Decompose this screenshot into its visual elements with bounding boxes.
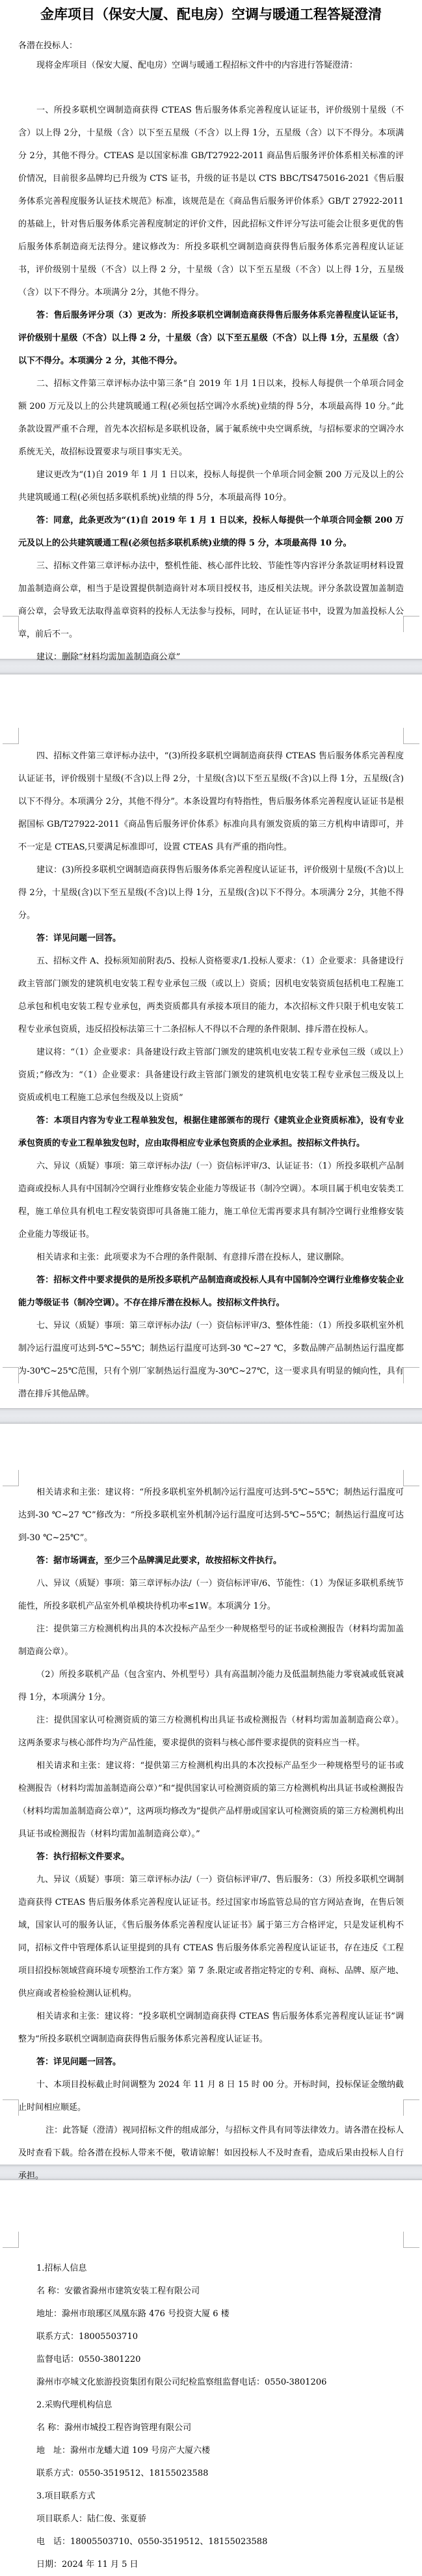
page-corner-mark	[3, 728, 19, 744]
tenderer-supervision-phone: 监督电话：0550-3801220	[18, 2348, 404, 2371]
legal-note: 注：此答疑（澄清）视同招标文件的组成部分，与招标文件具有同等法律效力。请各潜在投…	[18, 2119, 404, 2187]
document-title: 金库项目（保安大厦、配电房）空调与暖通工程答疑澄清	[18, 0, 404, 23]
question-1: 一、所投多联机空调制造商获得 CTEAS 售后服务体系完善程度认证证书，评价级别…	[18, 99, 404, 304]
question-8-2: （2）所投多联机产品（包含室内、外机型号）具有高温制冷能力及低温制热能力零衰减或…	[18, 1663, 404, 1709]
page-corner-mark	[403, 1470, 419, 1486]
question-3: 三、招标文件第三章评标办法中，整机性能、核心部件比较、节能性等内容评分条款证明材…	[18, 555, 404, 646]
question-2: 二、招标文件第三章评标办法中第三条“自 2019 年 1月 1日以来，投标人每提…	[18, 372, 404, 464]
suggestion-7: 相关请求和主张：建议将：“所投多联机室外机制冷运行温度可达到-5℃~55℃；制热…	[18, 1481, 404, 1549]
page-corner-mark	[3, 1470, 19, 1486]
document-page-4: 1.招标人信息 名 称：安徽省滁州市建筑安装工程有限公司 地址：滁州市琅琊区凤凰…	[0, 2180, 422, 2547]
document-page-2: 四、招标文件第三章评标办法中，“(3)所投多联机空调制造商获得 CTEAS 售后…	[0, 674, 422, 1408]
suggestion-4: 建议：(3)所投多联机空调制造商获得售后服务体系完善程度认证证书，评价级别十星级…	[18, 859, 404, 927]
question-8: 八、异议（质疑）事项：第三章评标办法/（一）资信标评审/6、节能性：（1）为保证…	[18, 1572, 404, 1618]
agency-address: 地 址：滁州市龙蟠大道 109 号房产大厦六楼	[18, 2439, 404, 2462]
answer-8: 答：执行招标文件要求。	[18, 1846, 404, 1868]
page-separator	[0, 1408, 422, 1424]
project-phone: 电 话：18005503710、0550-3519512、18155023588	[18, 2530, 404, 2553]
project-contact-info: 3.项目联系方式 项目联系人：陆仁俊、张夏骄 电 话：18005503710、0…	[18, 2485, 404, 2576]
question-9: 九、异议（质疑）事项：第三章评标办法/（一）资信标评审/7、售后服务：（3）所投…	[18, 1868, 404, 2005]
suggestion-5: 建议将：“（1）企业要求：具备建设行政主管部门颁发的建筑机电安装工程专业承包三级…	[18, 1041, 404, 1109]
tenderer-contact: 联系方式：18005503710	[18, 2325, 404, 2348]
page-corner-mark	[3, 1367, 19, 1383]
answer-9: 答：详见问题一回答。	[18, 2051, 404, 2073]
page-corner-mark	[3, 2232, 19, 2248]
intro-paragraph: 现将金库项目（保安大厦、配电房）空调与暖通工程招标文件中的内容进行答疑澄清：	[18, 56, 404, 76]
page-corner-mark	[3, 2099, 19, 2116]
answer-6: 答：招标文件中要求提供的是所投多联机产品制造商或投标人具有中国制冷空调行业维修安…	[18, 1269, 404, 1314]
agency-heading: 2.采购代理机构信息	[18, 2394, 404, 2417]
answer-4: 答：详见问题一回答。	[18, 927, 404, 950]
page-corner-mark	[403, 2099, 419, 2116]
tenderer-info: 1.招标人信息 名 称：安徽省滁州市建筑安装工程有限公司 地址：滁州市琅琊区凤凰…	[18, 2257, 404, 2394]
salutation: 各潜在投标人：	[18, 36, 404, 56]
question-6: 六、异议（质疑）事项：第三章评标办法/（一）资信标评审/3、认证证书：（1）所投…	[18, 1155, 404, 1246]
suggestion-6: 相关请求和主张：此项要求为不合理的条件限制、有意排斥潜在投标人，建议删除。	[18, 1246, 404, 1269]
question-4: 四、招标文件第三章评标办法中，“(3)所投多联机空调制造商获得 CTEAS 售后…	[18, 745, 404, 859]
suggestion-3: 建议：删除“材料均需加盖制造商公章”	[18, 646, 404, 669]
question-7: 七、异议（质疑）事项：第三章评标办法/（一）资信标评审/3、整体性能：（1）所投…	[18, 1314, 404, 1406]
page-corner-mark	[403, 2232, 419, 2248]
note-8-1: 注：提供第三方检测机构出具的本次投标产品至少一种规格型号的证书或检测报告（材料均…	[18, 1618, 404, 1663]
note-8-2: 注：提供国家认可检测资质的第三方检测机构出具证书或检测报告（材料均需加盖制造商公…	[18, 1709, 404, 1754]
answer-5: 答：本项目内容为专业工程单独发包，根据住建部颁布的现行《建筑业企业资质标准》，设…	[18, 1109, 404, 1155]
answer-2: 答：同意，此条更改为“(1)自 2019 年 1 月 1 日以来，投标人每提供一…	[18, 509, 404, 555]
page-corner-mark	[403, 1367, 419, 1383]
document-page-3: 相关请求和主张：建议将：“所投多联机室外机制冷运行温度可达到-5℃~55℃；制热…	[0, 1424, 422, 2165]
project-heading: 3.项目联系方式	[18, 2485, 404, 2508]
page-corner-mark	[403, 728, 419, 744]
agency-name: 名 称：滁州市城投工程咨询管理有限公司	[18, 2417, 404, 2439]
discipline-supervision-phone: 滁州市亭城文化旅游投资集团有限公司纪检监察组监督电话：0550-3801206	[18, 2371, 404, 2394]
suggestion-8: 相关请求和主张：建议将：“提供第三方检测机构出具的本次投标产品至少一种规格型号的…	[18, 1754, 404, 1846]
answer-1: 答：售后服务评分项（3）更改为：所投多联机空调制造商获得售后服务体系完善程度认证…	[18, 304, 404, 372]
document-page-1: 金库项目（保安大厦、配电房）空调与暖通工程答疑澄清 各潜在投标人： 现将金库项目…	[0, 0, 422, 659]
answer-7: 答：据市场调查，至少三个品牌满足此要求，故按招标文件执行。	[18, 1549, 404, 1572]
page-corner-mark	[3, 616, 19, 632]
document-date: 日期：2024 年 11 月 5 日	[18, 2553, 404, 2576]
page-corner-mark	[403, 616, 419, 632]
suggestion-9: 相关请求和主张：建议将：“投多联机空调制造商获得 CTEAS 售后服务体系完善程…	[18, 2005, 404, 2051]
tenderer-address: 地址：滁州市琅琊区凤凰东路 476 号投资大厦 6 楼	[18, 2303, 404, 2325]
item-10-deadline: 十、本项目投标截止时间调整为 2024 年 11 月 8 日 15 时 00 分…	[18, 2073, 404, 2119]
suggestion-2: 建议更改为“(1)自 2019 年 1 月 1 日以来，投标人每提供一个单项合同…	[18, 464, 404, 509]
agency-info: 2.采购代理机构信息 名 称：滁州市城投工程咨询管理有限公司 地 址：滁州市龙蟠…	[18, 2394, 404, 2485]
agency-contact: 联系方式：0550-3519512、18155023588	[18, 2462, 404, 2485]
question-5: 五、招标文件 A、投标须知前附表/5、投标人资格要求/1.投标人要求：（1）企业…	[18, 950, 404, 1041]
tenderer-name: 名 称：安徽省滁州市建筑安装工程有限公司	[18, 2280, 404, 2303]
project-contacts: 项目联系人：陆仁俊、张夏骄	[18, 2508, 404, 2530]
tenderer-heading: 1.招标人信息	[18, 2257, 404, 2280]
